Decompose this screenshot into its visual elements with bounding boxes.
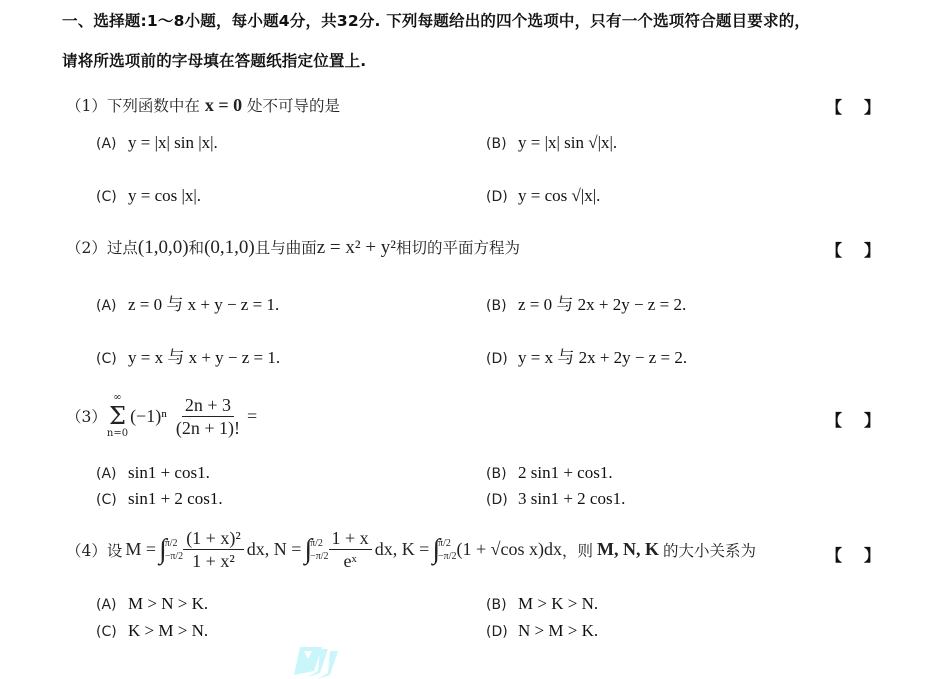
option-3b[interactable]: (B)2 sin1 + cos1. xyxy=(486,463,613,483)
answer-bracket-3[interactable]: 【】 xyxy=(826,408,880,431)
option-text: y = |x| sin √|x|. xyxy=(518,133,617,152)
option-3d[interactable]: (D)3 sin1 + 2 cos1. xyxy=(486,489,625,509)
option-4d[interactable]: (D)N > M > K. xyxy=(486,621,598,641)
option-2c[interactable]: (C)y = x 与 x + y − z = 1. xyxy=(96,343,280,368)
option-text: y = cos √|x|. xyxy=(518,186,600,205)
option-3a[interactable]: (A)sin1 + cos1. xyxy=(96,463,210,483)
fraction: 2n + 3 (2n + 1)! xyxy=(173,394,243,439)
option-text: y = |x| sin |x|. xyxy=(128,133,218,152)
question-3-stem: （3） ∞ Σ n=0 (−1)ⁿ 2n + 3 (2n + 1)! = xyxy=(66,392,257,440)
option-1b[interactable]: (B)y = |x| sin √|x|. xyxy=(486,133,617,153)
option-1c[interactable]: (C)y = cos |x|. xyxy=(96,186,201,206)
option-1a[interactable]: (A)y = |x| sin |x|. xyxy=(96,133,218,153)
option-3c[interactable]: (C)sin1 + 2 cos1. xyxy=(96,489,223,509)
section-header-line2: 请将所选项前的字母填在答题纸指定位置上. xyxy=(62,49,366,71)
answer-bracket-2[interactable]: 【】 xyxy=(826,238,880,261)
option-4b[interactable]: (B)M > K > N. xyxy=(486,594,598,614)
fraction: (1 + x)²1 + x² xyxy=(183,527,244,572)
option-4a[interactable]: (A)M > N > K. xyxy=(96,594,208,614)
question-4-stem: （4） 设 M = ∫ π/2−π/2 (1 + x)²1 + x² dx, N… xyxy=(66,527,756,572)
summation-symbol: ∞ Σ n=0 xyxy=(107,392,128,440)
option-2a[interactable]: (A)z = 0 与 x + y − z = 1. xyxy=(96,290,279,315)
option-2d[interactable]: (D)y = x 与 2x + 2y − z = 2. xyxy=(486,343,687,368)
watermark-logo-icon xyxy=(292,645,352,679)
question-number: （1） xyxy=(66,97,107,115)
fraction: 1 + xeˣ xyxy=(329,527,372,572)
option-2b[interactable]: (B)z = 0 与 2x + 2y − z = 2. xyxy=(486,290,686,315)
question-1-stem: （1）下列函数中在 x = 0 处不可导的是 xyxy=(66,94,340,116)
answer-bracket-4[interactable]: 【】 xyxy=(826,543,880,566)
option-1d[interactable]: (D)y = cos √|x|. xyxy=(486,186,600,206)
option-text: y = cos |x|. xyxy=(128,186,201,205)
answer-bracket-1[interactable]: 【】 xyxy=(826,95,880,118)
section-header-line1: 一、选择题:1～8小题，每小题4分，共32分. 下列每题给出的四个选项中，只有一… xyxy=(62,9,810,31)
question-2-stem: （2）过点(1,0,0)和(0,1,0)且与曲面z = x² + y²相切的平面… xyxy=(66,236,520,259)
option-4c[interactable]: (C)K > M > N. xyxy=(96,621,208,641)
